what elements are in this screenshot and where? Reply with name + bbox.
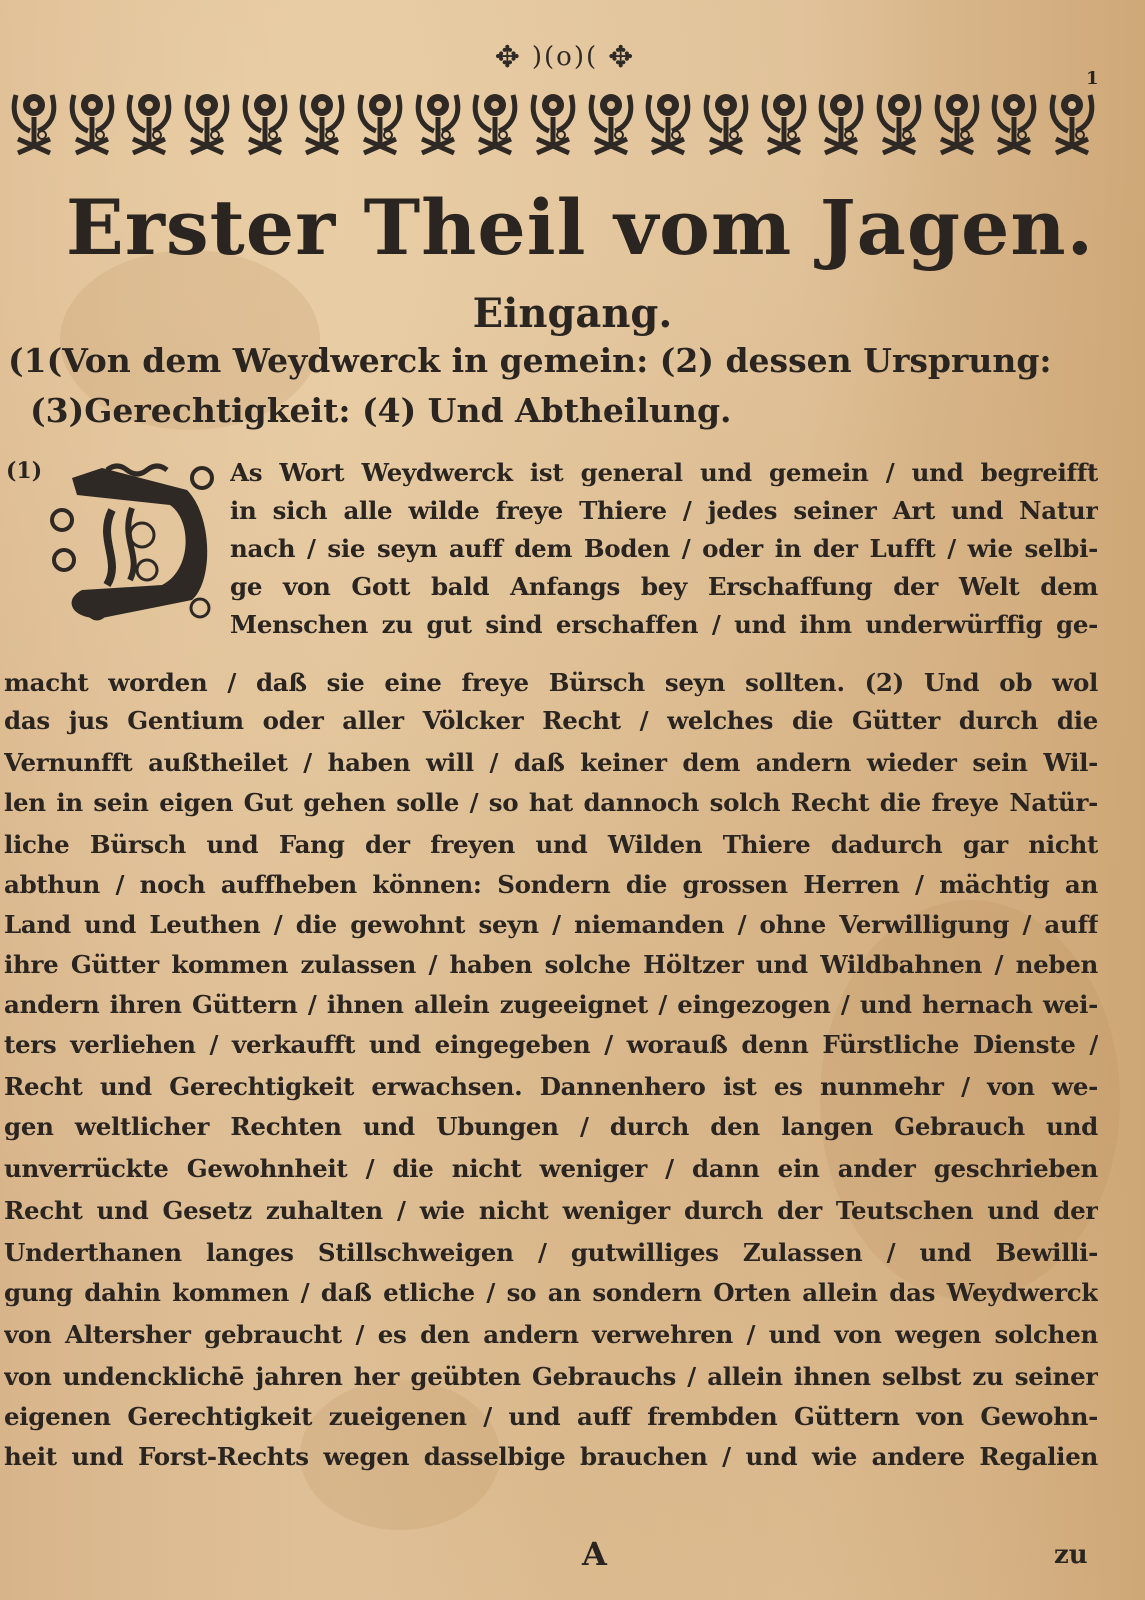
flower-ornament-icon (296, 87, 348, 163)
flower-ornament-icon (239, 87, 291, 163)
text-line: macht worden / daß sie eine freye Bürsch… (4, 668, 1098, 697)
ornament-right-icon: ✥ (608, 40, 635, 75)
text-line-content: von Altersher gebraucht / es den andern … (4, 1320, 1098, 1349)
flower-ornament-icon (758, 87, 810, 163)
text-line: von undencklichē jahren her geübten Gebr… (4, 1362, 1098, 1391)
text-line: abthun / noch auffheben können: Sondern … (4, 870, 1098, 899)
chapter-title: Erster Theil vom Jagen. (60, 180, 1100, 276)
flower-ornament-icon (66, 87, 118, 163)
flower-ornament-icon (8, 87, 60, 163)
text-line-content: Menschen zu gut sind erschaffen / und ih… (230, 610, 1098, 639)
text-line: gen weltlicher Rechten und Ubungen / dur… (4, 1112, 1098, 1141)
catchword: zu (1054, 1540, 1088, 1570)
flower-ornament-icon (123, 87, 175, 163)
text-line-content: Land und Leuthen / die gewohnt seyn / ni… (4, 910, 1098, 939)
paragraph-number: (1) (6, 458, 42, 484)
flower-ornament-icon (700, 87, 752, 163)
flower-ornament-icon (181, 87, 233, 163)
header-ornament: ✥ )(o)( ✥ (430, 32, 700, 82)
flower-ornament-icon (1046, 87, 1098, 163)
text-line: von Altersher gebraucht / es den andern … (4, 1320, 1098, 1349)
text-line-content: liche Bürsch und Fang der freyen und Wil… (4, 830, 1098, 859)
summary-line: (3)Gerechtigkeit: (4) Und Abtheilung. (8, 386, 1108, 436)
text-line-content: Recht und Gerechtigkeit erwachsen. Danne… (4, 1072, 1098, 1101)
ornament-center: )(o)( (532, 42, 598, 72)
text-line-content: unverrückte Gewohnheit / die nicht wenig… (4, 1154, 1098, 1183)
flower-ornament-icon (412, 87, 464, 163)
text-line-content: ihre Gütter kommen zulassen / haben solc… (4, 950, 1098, 979)
text-line: in sich alle wilde freye Thiere / jedes … (230, 496, 1098, 525)
flower-ornament-icon (988, 87, 1040, 163)
text-line: Underthanen langes Stillschweigen / gutw… (4, 1238, 1098, 1267)
flower-ornament-icon (873, 87, 925, 163)
flower-ornament-icon (354, 87, 406, 163)
floral-border-ornament (8, 85, 1098, 165)
text-line-content: gen weltlicher Rechten und Ubungen / dur… (4, 1112, 1098, 1141)
text-line-content: gung dahin kommen / daß etliche / so an … (4, 1278, 1098, 1307)
text-line: andern ihren Güttern / ihnen allein zuge… (4, 990, 1098, 1019)
decorated-initial-d-icon (42, 460, 217, 625)
summary-line: (1(Von dem Weydwerck in gemein: (2) dess… (8, 336, 1108, 386)
flower-ornament-icon (815, 87, 867, 163)
text-line-content: As Wort Weydwerck ist general und gemein… (230, 458, 1098, 487)
text-line-content: Recht und Gesetz zuhalten / wie nicht we… (4, 1196, 1098, 1225)
text-line: ihre Gütter kommen zulassen / haben solc… (4, 950, 1098, 979)
text-line-content: ters verliehen / verkaufft und eingegebe… (4, 1030, 1098, 1059)
text-line: unverrückte Gewohnheit / die nicht wenig… (4, 1154, 1098, 1183)
flower-ornament-icon (527, 87, 579, 163)
flower-ornament-icon (469, 87, 521, 163)
text-line: Land und Leuthen / die gewohnt seyn / ni… (4, 910, 1098, 939)
text-line: Recht und Gerechtigkeit erwachsen. Danne… (4, 1072, 1098, 1101)
text-line: As Wort Weydwerck ist general und gemein… (230, 458, 1098, 487)
text-line: eigenen Gerechtigkeit zueigenen / und au… (4, 1402, 1098, 1431)
text-line: liche Bürsch und Fang der freyen und Wil… (4, 830, 1098, 859)
text-line: gung dahin kommen / daß etliche / so an … (4, 1278, 1098, 1307)
text-line: Menschen zu gut sind erschaffen / und ih… (230, 610, 1098, 639)
flower-ornament-icon (585, 87, 637, 163)
flower-ornament-icon (931, 87, 983, 163)
text-line: Recht und Gesetz zuhalten / wie nicht we… (4, 1196, 1098, 1225)
flower-ornament-icon (642, 87, 694, 163)
text-line-content: heit und Forst-Rechts wegen dasselbige b… (4, 1442, 1098, 1471)
chapter-summary: (1(Von dem Weydwerck in gemein: (2) dess… (8, 336, 1108, 436)
ornament-left-icon: ✥ (495, 40, 522, 75)
text-line: das jus Gentium oder aller Völcker Recht… (4, 706, 1098, 735)
text-line: ters verliehen / verkaufft und eingegebe… (4, 1030, 1098, 1059)
text-line: Vernunfft außtheilet / haben will / daß … (4, 748, 1098, 777)
text-line: nach / sie seyn auff dem Boden / oder in… (230, 534, 1098, 563)
text-line-content: macht worden / daß sie eine freye Bürsch… (4, 668, 1098, 697)
signature-mark: A (582, 1535, 607, 1573)
text-line: heit und Forst-Rechts wegen dasselbige b… (4, 1442, 1098, 1471)
text-line-content: Vernunfft außtheilet / haben will / daß … (4, 748, 1098, 777)
paper-page: ✥ )(o)( ✥ 1 Erster Theil vom Jagen. Eing… (0, 0, 1145, 1600)
text-line-content: abthun / noch auffheben können: Sondern … (4, 870, 1098, 899)
text-line-content: Underthanen langes Stillschweigen / gutw… (4, 1238, 1098, 1267)
text-line-content: in sich alle wilde freye Thiere / jedes … (230, 496, 1098, 525)
text-line-content: andern ihren Güttern / ihnen allein zuge… (4, 990, 1098, 1019)
text-line-content: von undencklichē jahren her geübten Gebr… (4, 1362, 1098, 1391)
text-line: ge von Gott bald Anfangs bey Erschaffung… (230, 572, 1098, 601)
text-line-content: eigenen Gerechtigkeit zueigenen / und au… (4, 1402, 1098, 1431)
text-line-content: das jus Gentium oder aller Völcker Recht… (4, 706, 1098, 735)
text-line-content: ge von Gott bald Anfangs bey Erschaffung… (230, 572, 1098, 601)
text-line: len in sein eigen Gut gehen solle / so h… (4, 788, 1098, 817)
text-line-content: nach / sie seyn auff dem Boden / oder in… (230, 534, 1098, 563)
text-line-content: len in sein eigen Gut gehen solle / so h… (4, 788, 1098, 817)
section-subtitle: Eingang. (0, 290, 1145, 337)
